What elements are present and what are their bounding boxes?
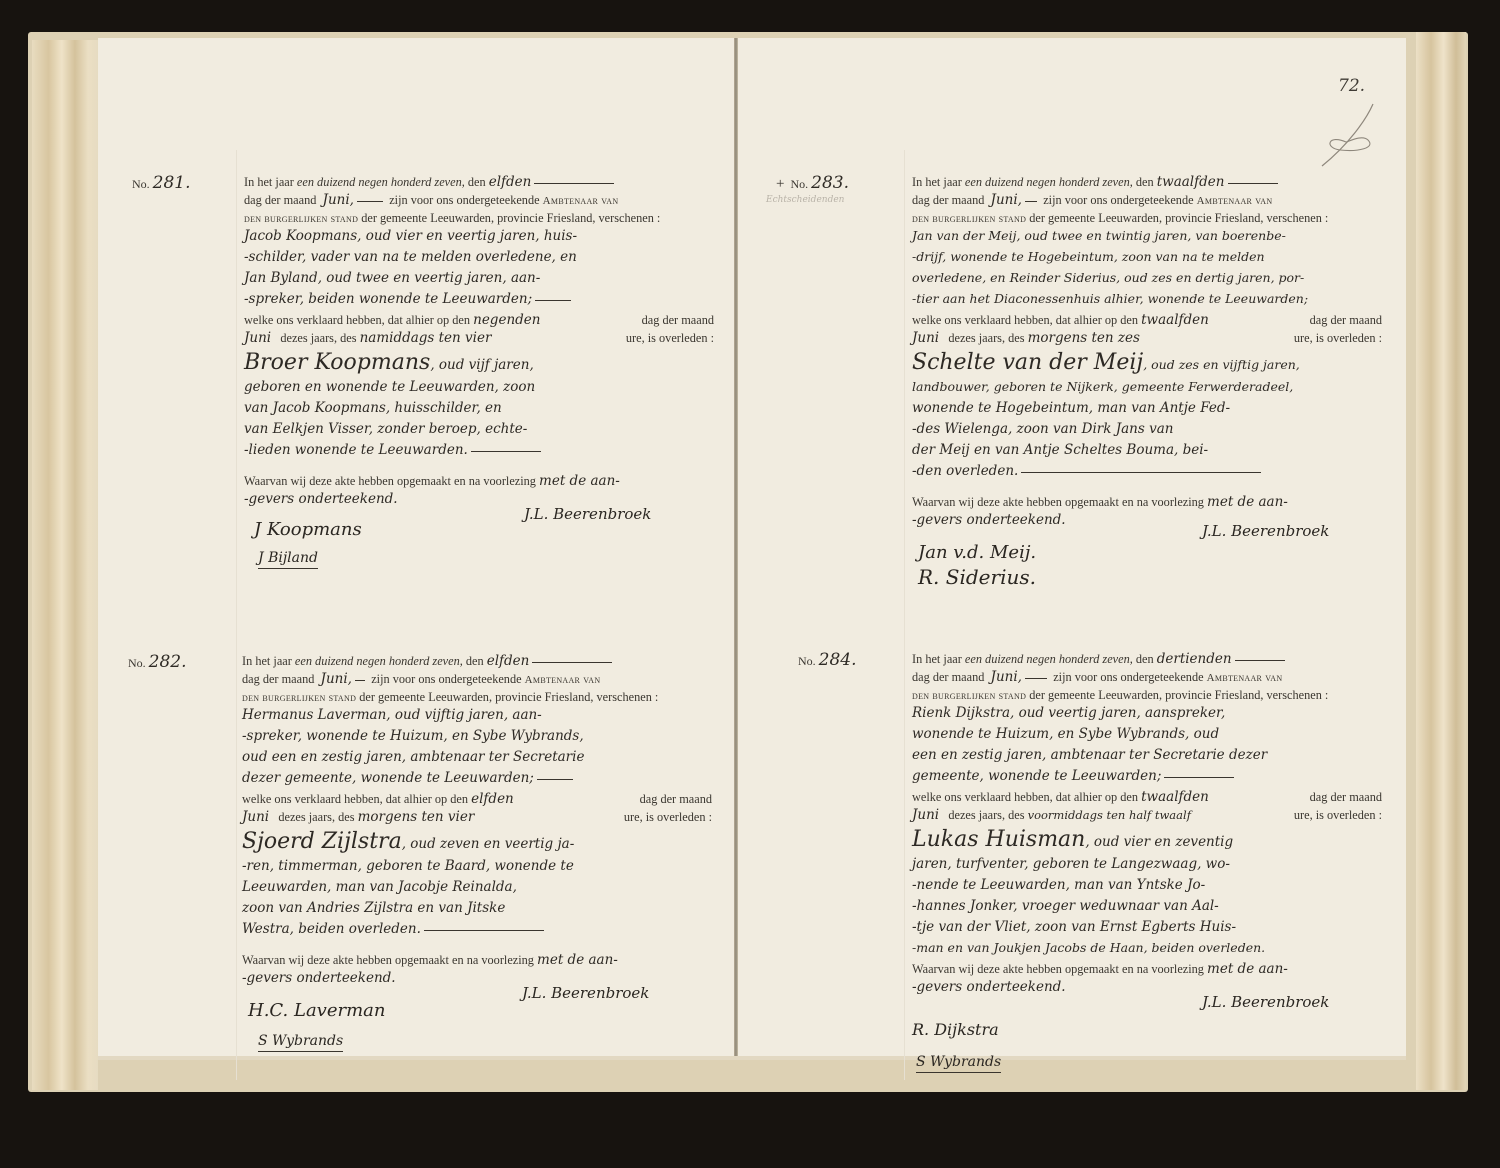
signature-block: J.L. Beerenbroek Jan v.d. Meij. R. Sider… [912,532,1382,612]
death-day: negenden [473,312,540,328]
page-number: 72. [1338,76,1365,96]
signature-block: J.L. Beerenbroek H.C. Laverman S Wybrand… [242,990,712,1070]
left-margin-rule [236,150,237,1080]
informant-signature: J Koopmans [254,521,362,539]
record-number: +No. 283. [776,173,849,193]
informant-line: Jan Byland, oud twee en veertig jaren, a… [244,269,714,290]
death-day: twaalfden [1141,312,1209,328]
death-time: voormiddags ten half twaalf [1028,808,1191,822]
informant-signature: R. Dijkstra [912,1021,999,1039]
book-gutter [734,38,738,1058]
informant-signature: R. Siderius. [918,568,1036,586]
official-signature: J.L. Beerenbroek [1202,993,1329,1011]
cross-mark-icon: + [776,176,784,192]
deceased-name: Lukas Huisman [912,827,1085,852]
death-time: namiddags ten vier [360,330,492,346]
death-time: morgens ten zes [1028,330,1140,346]
official-signature: J.L. Beerenbroek [524,505,651,523]
death-day: twaalfden [1141,789,1209,805]
record-number: No. 284. [798,650,857,670]
official-signature: J.L. Beerenbroek [1202,522,1329,540]
informant-line: -spreker, beiden wonende te Leeuwarden; [244,291,532,307]
right-margin-rule [904,150,905,1080]
death-day: elfden [471,791,514,807]
informant-signature: S Wybrands [258,1032,343,1052]
deceased-name: Sjoerd Zijlstra [242,829,402,854]
informant-signature: Jan v.d. Meij. [918,544,1036,562]
deceased-name: Schelte van der Meij [912,350,1143,375]
death-time: morgens ten vier [358,809,475,825]
informant-line: -schilder, vader van na te melden overle… [244,248,714,269]
left-page-edges [32,40,98,1090]
informant-signature: H.C. Laverman [248,1002,386,1020]
deceased-name: Broer Koopmans [244,350,430,375]
informant-signature: J Bijland [258,549,318,569]
record-number: No. 281. [132,173,191,193]
informant-signature: S Wybrands [916,1053,1001,1073]
initial-flourish-icon [1318,100,1380,170]
signature-block: J.L. Beerenbroek J Koopmans J Bijland [244,511,714,591]
right-page-edges [1416,32,1466,1090]
record-number: No. 282. [128,652,187,672]
official-signature: J.L. Beerenbroek [522,984,649,1002]
informant-line: Jacob Koopmans, oud vier en veertig jare… [244,227,714,248]
signature-block: J.L. Beerenbroek R. Dijkstra S Wybrands [912,999,1382,1079]
margin-note: Echtscheidenden [766,195,844,205]
